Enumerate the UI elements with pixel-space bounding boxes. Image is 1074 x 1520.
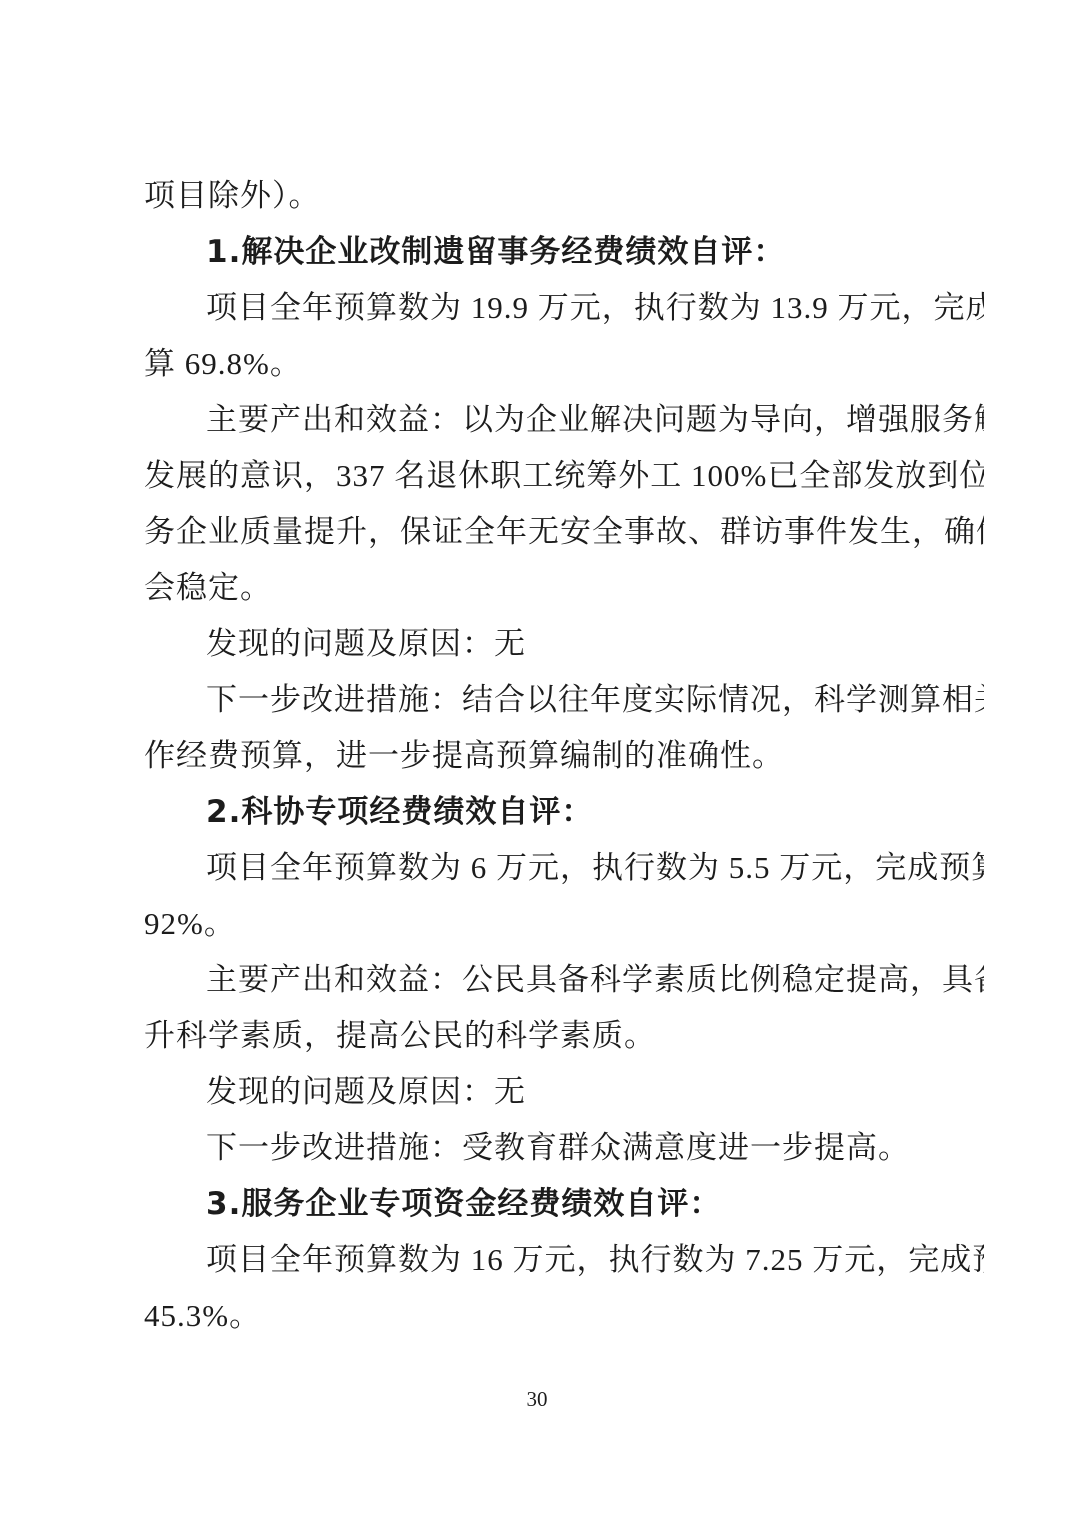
- text-line: 下一步改进措施：结合以往年度实际情况，科学测算相关工: [144, 672, 984, 728]
- page-number: 30: [0, 1384, 1074, 1414]
- text-line: 项目全年预算数为 16 万元，执行数为 7.25 万元，完成预算: [144, 1232, 984, 1288]
- section-heading-2: 2.科协专项经费绩效自评：: [144, 784, 984, 840]
- section-heading-1: 1.解决企业改制遗留事务经费绩效自评：: [144, 224, 984, 280]
- text-line: 下一步改进措施：受教育群众满意度进一步提高。: [144, 1120, 984, 1176]
- text-line: 算 69.8%。: [144, 336, 984, 392]
- text-line: 发现的问题及原因：无: [144, 616, 984, 672]
- text-line: 升科学素质，提高公民的科学素质。: [144, 1008, 984, 1064]
- text-line: 主要产出和效益：以为企业解决问题为导向，增强服务解决: [144, 392, 984, 448]
- document-page: 项目除外）。 1.解决企业改制遗留事务经费绩效自评： 项目全年预算数为 19.9…: [0, 0, 1074, 1520]
- text-line: 务企业质量提升，保证全年无安全事故、群访事件发生，确保社: [144, 504, 984, 560]
- text-line: 92%。: [144, 896, 984, 952]
- text-line: 45.3%。: [144, 1288, 984, 1344]
- text-line: 项目全年预算数为 19.9 万元，执行数为 13.9 万元，完成预: [144, 280, 984, 336]
- text-line: 主要产出和效益：公民具备科学素质比例稳定提高，具备提: [144, 952, 984, 1008]
- text-line: 项目全年预算数为 6 万元，执行数为 5.5 万元，完成预算: [144, 840, 984, 896]
- text-line: 发现的问题及原因：无: [144, 1064, 984, 1120]
- text-line: 发展的意识，337 名退休职工统筹外工 100%已全部发放到位；服: [144, 448, 984, 504]
- text-line: 会稳定。: [144, 560, 984, 616]
- text-line: 项目除外）。: [144, 168, 984, 224]
- text-line: 作经费预算，进一步提高预算编制的准确性。: [144, 728, 984, 784]
- document-body: 项目除外）。 1.解决企业改制遗留事务经费绩效自评： 项目全年预算数为 19.9…: [144, 168, 984, 1344]
- section-heading-3: 3.服务企业专项资金经费绩效自评：: [144, 1176, 984, 1232]
